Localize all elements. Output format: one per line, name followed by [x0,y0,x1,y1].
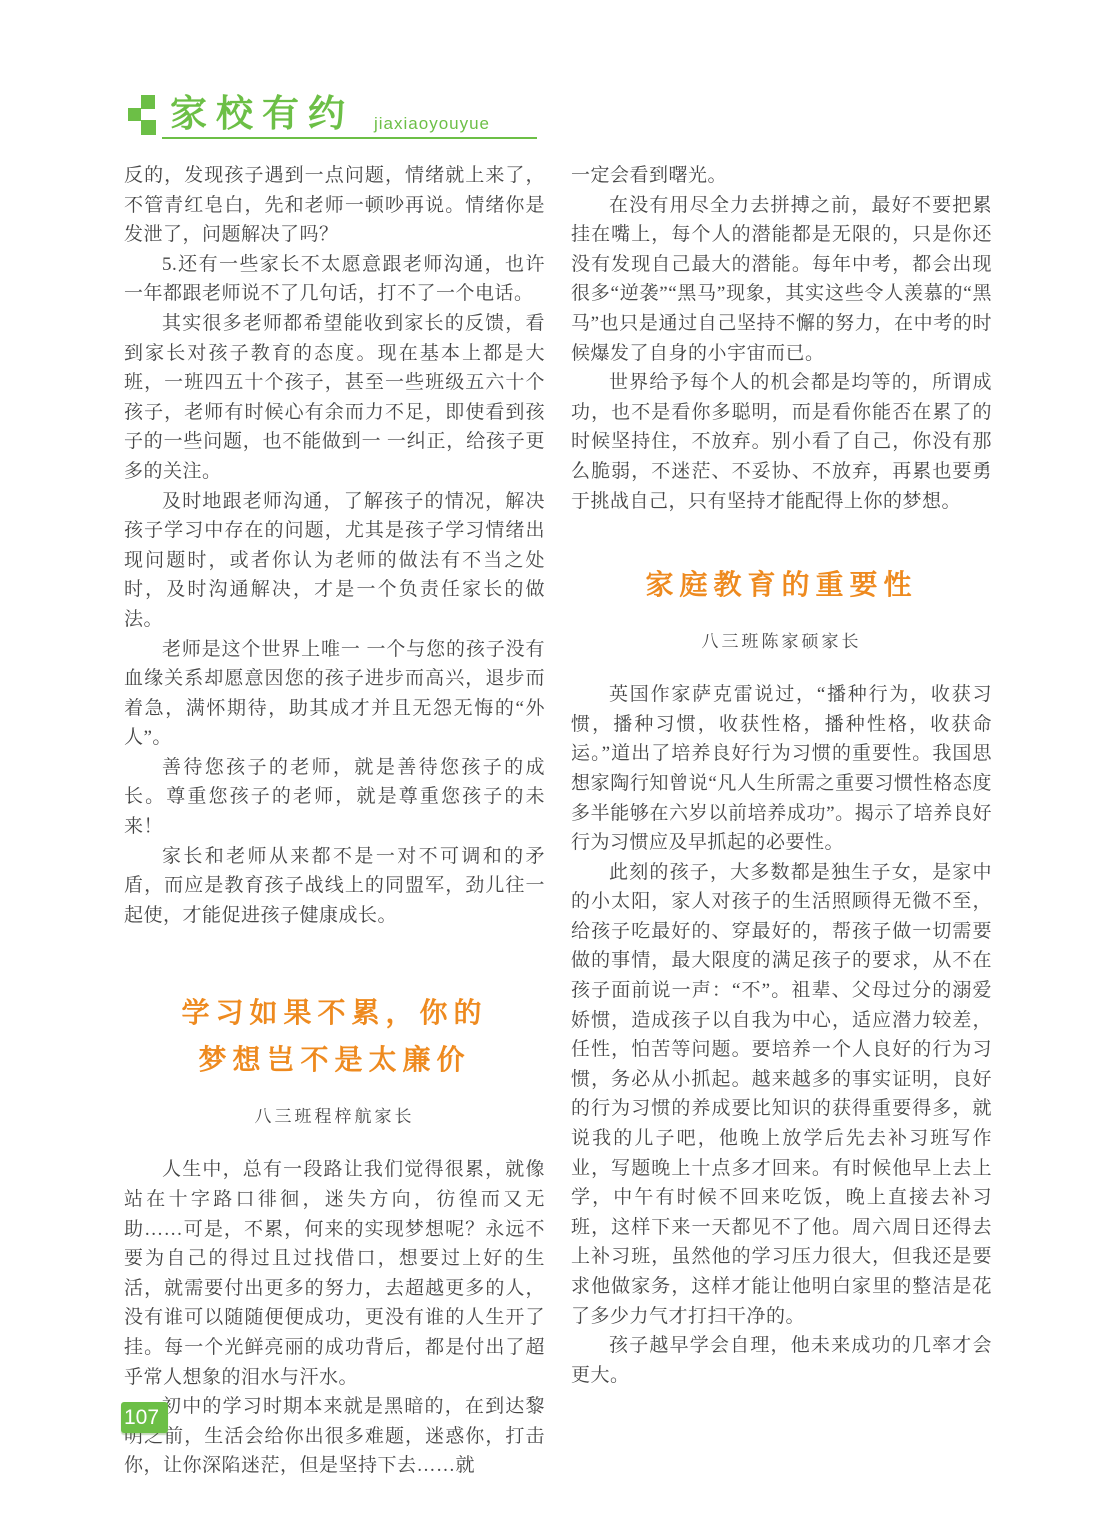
article-body: 人生中，总有一段路让我们觉得很累，就像站在十字路口徘徊，迷失方向，彷徨而又无助…… [124,1155,545,1481]
article-title-line1: 学习如果不累，你的 [181,998,487,1029]
article-body: 英国作家萨克雷说过，“播种行为，收获习惯，播种习惯，收获性格，播种性格，收获命运… [571,680,992,1390]
article-family-education: 家庭教育的重要性 八三班陈家硕家长 英国作家萨克雷说过，“播种行为，收获习惯，播… [571,562,992,1390]
article-byline: 八三班陈家硕家长 [571,627,992,652]
logo-square-left [128,108,141,121]
paragraph: 孩子越早学会自理，他未来成功的几率才会更大。 [571,1331,992,1390]
logo-square-bottom [141,120,156,135]
paragraph: 世界给予每个人的机会都是均等的，所谓成功，也不是看你多聪明，而是看你能否在累了的… [571,368,992,516]
paragraph: 反的，发现孩子遇到一点问题，情绪就上来了，不管青红皂白，先和老师一顿吵再说。情绪… [124,161,545,250]
paragraph: 老师是这个世界上唯一 一个与您的孩子没有血缘关系却愿意因您的孩子进步而高兴，退步… [124,635,545,753]
paragraph: 人生中，总有一段路让我们觉得很累，就像站在十字路口徘徊，迷失方向，彷徨而又无助…… [124,1155,545,1392]
section-title: 家校有约 [170,92,354,136]
article-title-line1: 家庭教育的重要性 [645,570,917,601]
article-title-line2: 梦想岂不是太廉价 [198,1045,470,1076]
right-column: 一定会看到曙光。 在没有用尽全力去拼搏之前，最好不要把累挂在嘴上，每个人的潜能都… [571,161,992,1481]
paragraph: 一定会看到曙光。 [571,161,992,191]
paragraph: 在没有用尽全力去拼搏之前，最好不要把累挂在嘴上，每个人的潜能都是无限的，只是你还… [571,191,992,369]
page-number-badge: 107 [121,1402,168,1433]
magazine-page: 家校有约 jiaxiaoyouyue 反的，发现孩子遇到一点问题，情绪就上来了，… [0,0,1099,1536]
paragraph: 英国作家萨克雷说过，“播种行为，收获习惯，播种习惯，收获性格，播种性格，收获命运… [571,680,992,858]
paragraph: 家长和老师从来都不是一对不可调和的矛盾，而应是教育孩子战线上的同盟军，劲儿往一起… [124,842,545,931]
paragraph: 及时地跟老师沟通，了解孩子的情况，解决孩子学习中存在的问题，尤其是孩子学习情绪出… [124,487,545,635]
section-title-pinyin: jiaxiaoyouyue [374,114,490,134]
left-column: 反的，发现孩子遇到一点问题，情绪就上来了，不管青红皂白，先和老师一顿吵再说。情绪… [124,161,545,1481]
paragraph: 其实很多老师都希望能收到家长的反馈，看到家长对孩子教育的态度。现在基本上都是大班… [124,309,545,487]
article-byline: 八三班程梓航家长 [124,1102,545,1127]
logo-square-top [141,95,155,109]
paragraph: 此刻的孩子，大多数都是独生子女，是家中的小太阳，家人对孩子的生活照顾得无微不至，… [571,858,992,1332]
page-number: 107 [124,1406,159,1429]
paragraph: 善待您孩子的老师，就是善待您孩子的成长。尊重您孩子的老师，就是尊重您孩子的未来！ [124,753,545,842]
paragraph: 5.还有一些家长不太愿意跟老师沟通，也许一年都跟老师说不了几句话，打不了一个电话… [124,250,545,309]
text-columns: 反的，发现孩子遇到一点问题，情绪就上来了，不管青红皂白，先和老师一顿吵再说。情绪… [124,161,992,1481]
header-underline [162,137,537,139]
logo-squares-icon [118,92,162,140]
article-learning-tired: 学习如果不累，你的 梦想岂不是太廉价 八三班程梓航家长 人生中，总有一段路让我们… [124,990,545,1481]
paragraph: 初中的学习时期本来就是黑暗的，在到达黎明之前，生活会给你出很多难题，迷惑你，打击… [124,1392,545,1481]
article-title: 学习如果不累，你的 梦想岂不是太廉价 [124,990,545,1084]
article-title: 家庭教育的重要性 [571,562,992,609]
